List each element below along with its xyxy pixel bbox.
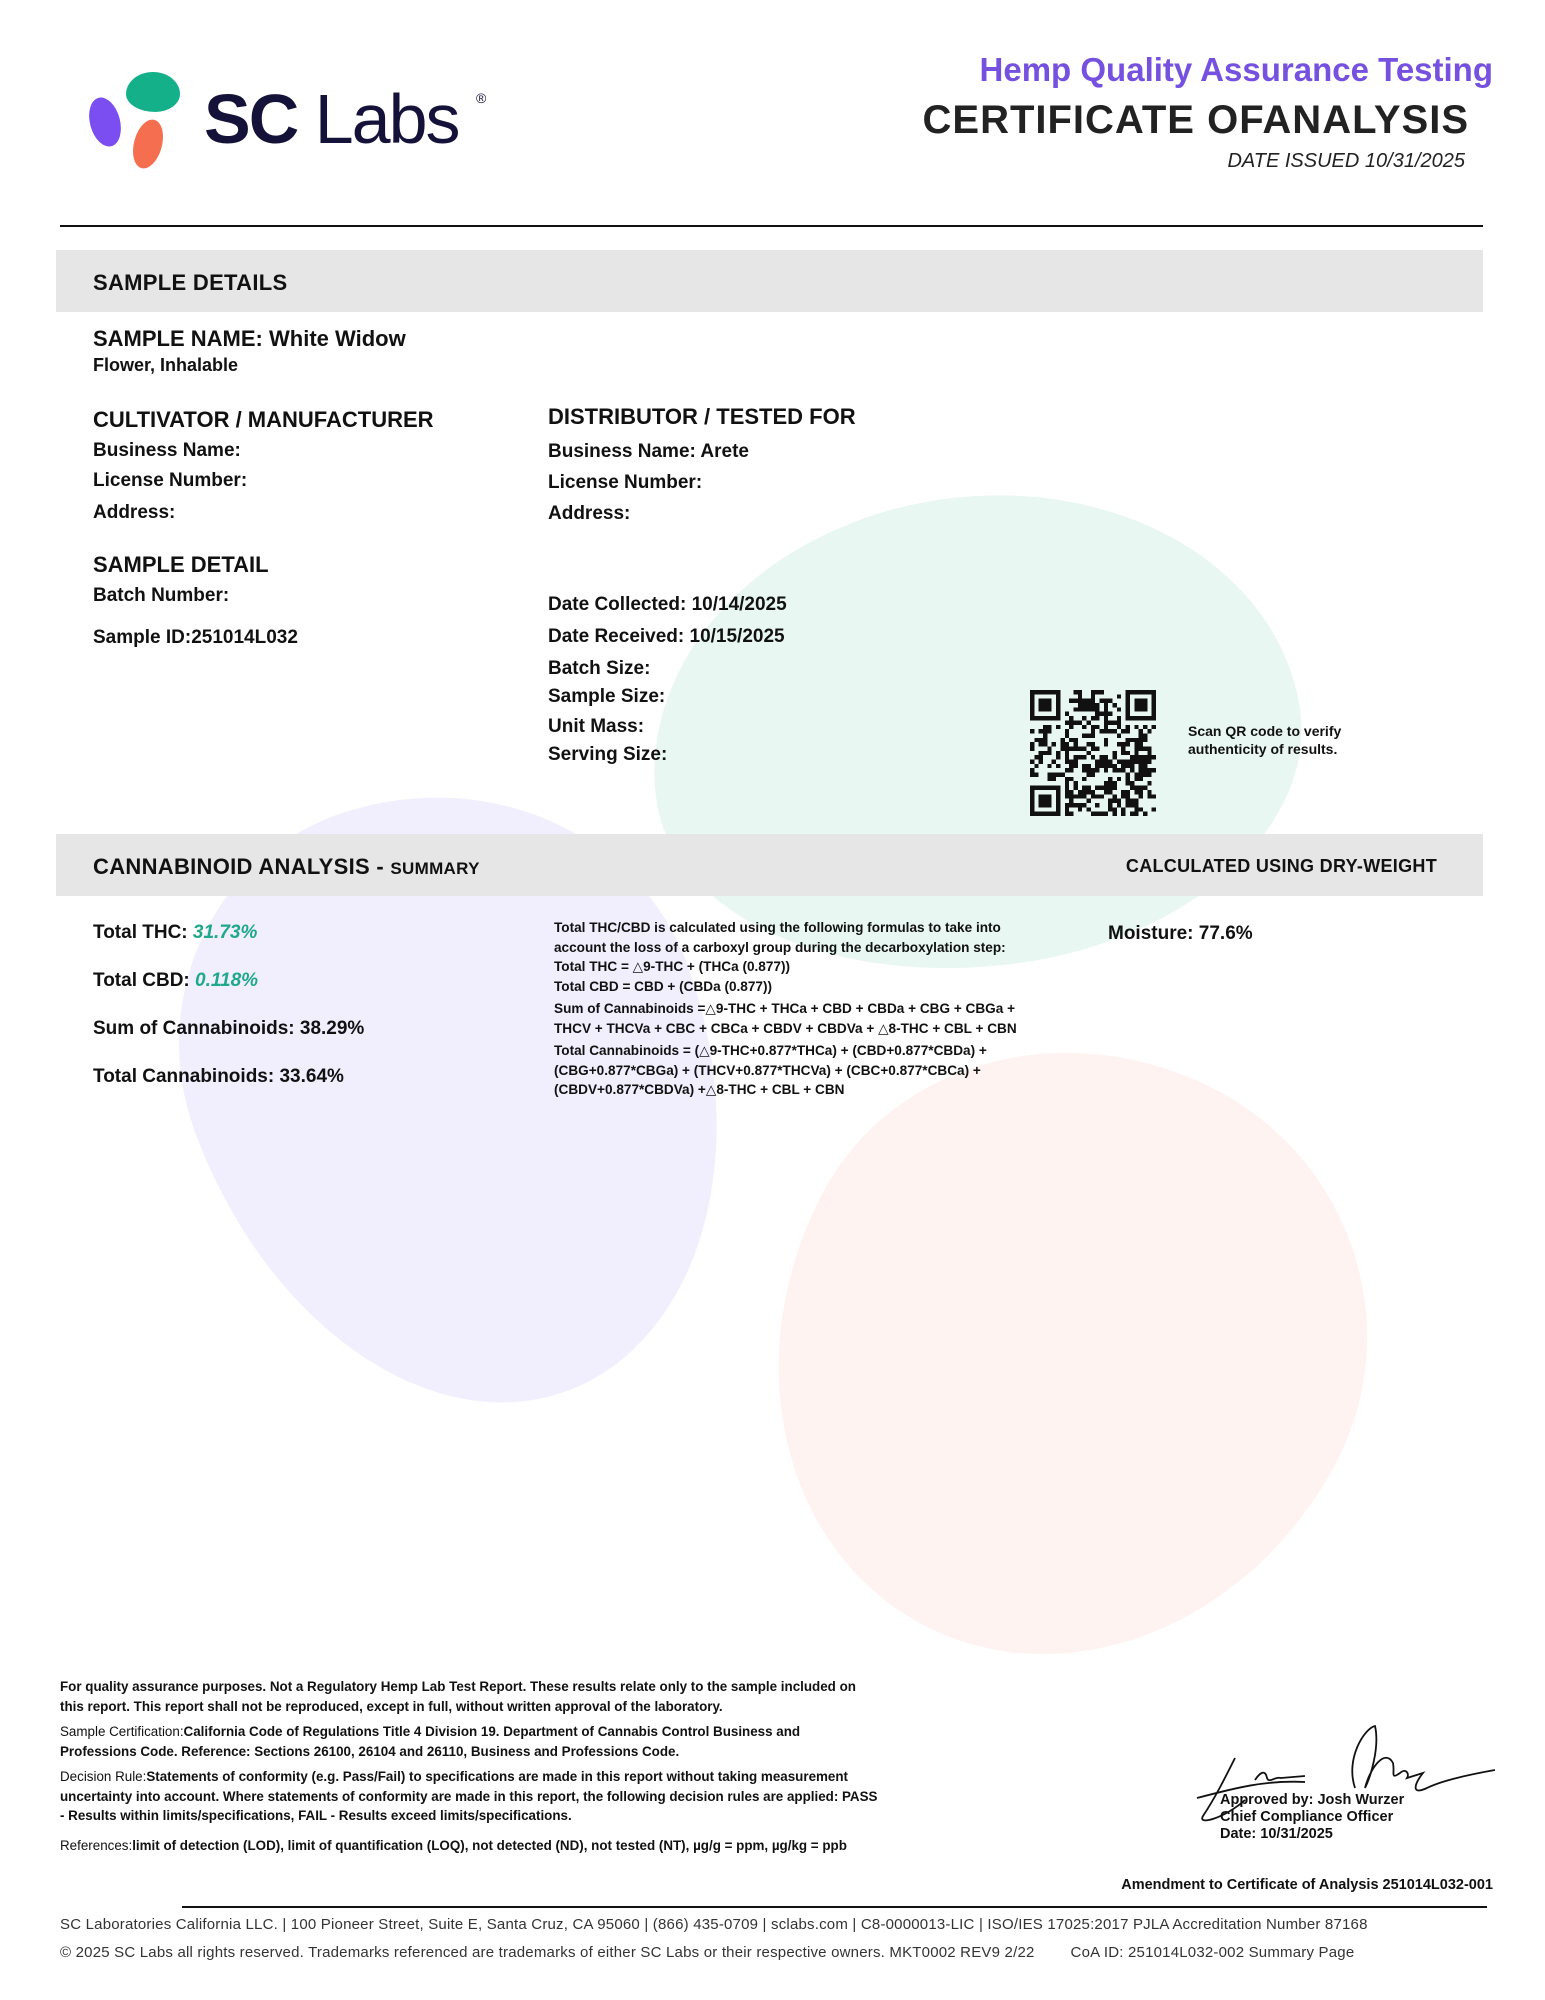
- total-cbd-value: 0.118%: [195, 970, 258, 991]
- total-cannabinoids-label: Total Cannabinoids:: [93, 1066, 274, 1087]
- page-title: CERTIFICATE OFANALYSIS: [923, 98, 1470, 143]
- total-cannabinoids: Total Cannabinoids: 33.64%: [93, 1066, 344, 1088]
- qr-caption: Scan QR code to verify authenticity of r…: [1188, 722, 1341, 758]
- total-cbd: Total CBD: 0.118%: [93, 970, 258, 992]
- unit-mass: Unit Mass:: [548, 716, 644, 738]
- sc-labs-logo: SC Labs ®: [88, 70, 508, 170]
- footer-copyright: © 2025 SC Labs all rights reserved. Trad…: [60, 1944, 1035, 1961]
- formula-line: Total THC = △9-THC + (THCa (0.877)): [554, 957, 1094, 977]
- sample-detail-heading: SAMPLE DETAIL: [93, 552, 269, 578]
- moisture-value: 77.6%: [1199, 923, 1253, 944]
- section-title-small: SUMMARY: [390, 859, 479, 878]
- approver-role: Chief Compliance Officer: [1220, 1809, 1404, 1826]
- logo-orange-dot-icon: [128, 116, 168, 172]
- header-subtitle: Hemp Quality Assurance Testing: [980, 51, 1493, 89]
- field-value: 10/15/2025: [690, 626, 785, 647]
- total-cbd-label: Total CBD:: [93, 970, 190, 991]
- qr-caption-line: authenticity of results.: [1188, 740, 1341, 758]
- formula-line: account the loss of a carboxyl group dur…: [554, 938, 1094, 958]
- cultivator-address: Address:: [93, 502, 175, 524]
- formula-line: THCV + THCVa + CBC + CBCa + CBDV + CBDVa…: [554, 1019, 1094, 1039]
- sample-details-title: SAMPLE DETAILS: [93, 270, 287, 296]
- moisture-label: Moisture:: [1108, 923, 1194, 944]
- formula-line: Total CBD = CBD + (CBDa (0.877)): [554, 977, 1094, 997]
- total-cannabinoids-value: 33.64%: [279, 1066, 343, 1087]
- logo-green-dot-icon: [126, 72, 180, 112]
- field-label: Date Collected:: [548, 594, 686, 615]
- sum-value: 38.29%: [300, 1018, 364, 1039]
- distributor-business-name: Business Name: Arete: [548, 441, 749, 463]
- sample-type: Flower, Inhalable: [93, 355, 238, 376]
- formula-line: Total Cannabinoids = (△9-THC+0.877*THCa)…: [554, 1041, 1094, 1061]
- section-title-main: CANNABINOID ANALYSIS -: [93, 854, 384, 879]
- field-label: Date Received:: [548, 626, 684, 647]
- registered-mark-icon: ®: [476, 90, 486, 106]
- approval-date: Date: 10/31/2025: [1220, 1826, 1404, 1843]
- distributor-address: Address:: [548, 503, 630, 525]
- date-issued-value: 10/31/2025: [1365, 150, 1465, 172]
- field-label: Address:: [548, 503, 630, 524]
- serving-size: Serving Size:: [548, 744, 667, 766]
- coa-id: CoA ID: 251014L032-002 Summary Page: [1071, 1944, 1355, 1961]
- field-label: License Number:: [548, 472, 702, 493]
- sample-name: SAMPLE NAME: White Widow: [93, 326, 406, 352]
- field-value: 10/14/2025: [692, 594, 787, 615]
- field-value: 251014L032: [191, 627, 298, 648]
- approval-block: Approved by: Josh Wurzer Chief Complianc…: [1220, 1792, 1404, 1843]
- formula-line: (CBDV+0.877*CBDVa) +△8-THC + CBL + CBN: [554, 1080, 1094, 1100]
- header-divider: [60, 225, 1483, 227]
- sample-name-value: White Widow: [269, 326, 406, 351]
- calculation-basis: CALCULATED USING DRY-WEIGHT: [1126, 856, 1437, 877]
- field-label: Address:: [93, 502, 175, 523]
- qa-disclaimer: For quality assurance purposes. Not a Re…: [60, 1679, 856, 1714]
- sample-details-bar: SAMPLE DETAILS: [56, 250, 1483, 312]
- logo-labs: Labs: [315, 80, 459, 158]
- total-thc-label: Total THC:: [93, 922, 188, 943]
- distributor-heading: DISTRIBUTOR / TESTED FOR: [548, 404, 856, 430]
- footer-divider: [182, 1906, 1487, 1908]
- approved-by: Approved by: Josh Wurzer: [1220, 1792, 1404, 1809]
- decision-rule-text: Statements of conformity (e.g. Pass/Fail…: [60, 1769, 877, 1823]
- formula-explanation: Total THC/CBD is calculated using the fo…: [554, 918, 1094, 1100]
- total-thc: Total THC: 31.73%: [93, 922, 257, 944]
- field-label: License Number:: [93, 470, 247, 491]
- moisture: Moisture: 77.6%: [1108, 923, 1253, 945]
- logo-sc: SC: [204, 80, 297, 158]
- logo-purple-dot-icon: [84, 94, 126, 150]
- batch-size: Batch Size:: [548, 658, 650, 680]
- cultivator-business-name: Business Name:: [93, 440, 241, 462]
- footer-company-info: SC Laboratories California LLC. | 100 Pi…: [60, 1916, 1368, 1933]
- footer-notes: For quality assurance purposes. Not a Re…: [60, 1677, 880, 1861]
- field-value: Arete: [700, 441, 749, 462]
- date-issued: DATE ISSUED 10/31/2025: [1227, 150, 1465, 173]
- amendment-note: Amendment to Certificate of Analysis 251…: [1121, 1877, 1493, 1893]
- formula-line: Total THC/CBD is calculated using the fo…: [554, 918, 1094, 938]
- sum-of-cannabinoids: Sum of Cannabinoids: 38.29%: [93, 1018, 364, 1040]
- date-collected: Date Collected: 10/14/2025: [548, 594, 787, 616]
- sample-size: Sample Size:: [548, 686, 665, 708]
- sample-id: Sample ID:251014L032: [93, 627, 298, 649]
- field-label: Batch Number:: [93, 585, 229, 606]
- qr-caption-line: Scan QR code to verify: [1188, 722, 1341, 740]
- date-received: Date Received: 10/15/2025: [548, 626, 785, 648]
- cultivator-license-number: License Number:: [93, 470, 247, 492]
- sum-label: Sum of Cannabinoids:: [93, 1018, 295, 1039]
- logo-wordmark: SC Labs: [204, 84, 459, 154]
- field-label: Business Name:: [548, 441, 696, 462]
- distributor-license-number: License Number:: [548, 472, 702, 494]
- field-label: Sample ID:: [93, 627, 191, 648]
- certification-label: Sample Certification:: [60, 1724, 184, 1739]
- formula-line: Sum of Cannabinoids =△9-THC + THCa + CBD…: [554, 999, 1094, 1019]
- cannabinoid-analysis-title: CANNABINOID ANALYSIS - SUMMARY: [93, 854, 480, 880]
- date-issued-label: DATE ISSUED: [1227, 150, 1359, 172]
- footer-copyright-line: © 2025 SC Labs all rights reserved. Trad…: [60, 1944, 1354, 1961]
- batch-number: Batch Number:: [93, 585, 229, 607]
- qr-code-icon[interactable]: [1030, 690, 1156, 816]
- field-label: Business Name:: [93, 440, 241, 461]
- total-thc-value: 31.73%: [193, 922, 257, 943]
- sample-name-label: SAMPLE NAME:: [93, 326, 263, 351]
- references-text: limit of detection (LOD), limit of quant…: [132, 1838, 847, 1853]
- decision-rule-label: Decision Rule:: [60, 1769, 146, 1784]
- references-label: References:: [60, 1838, 132, 1853]
- cultivator-heading: CULTIVATOR / MANUFACTURER: [93, 407, 434, 433]
- formula-line: (CBG+0.877*CBGa) + (THCV+0.877*THCVa) + …: [554, 1061, 1094, 1081]
- cannabinoid-analysis-bar: CANNABINOID ANALYSIS - SUMMARY CALCULATE…: [56, 834, 1483, 896]
